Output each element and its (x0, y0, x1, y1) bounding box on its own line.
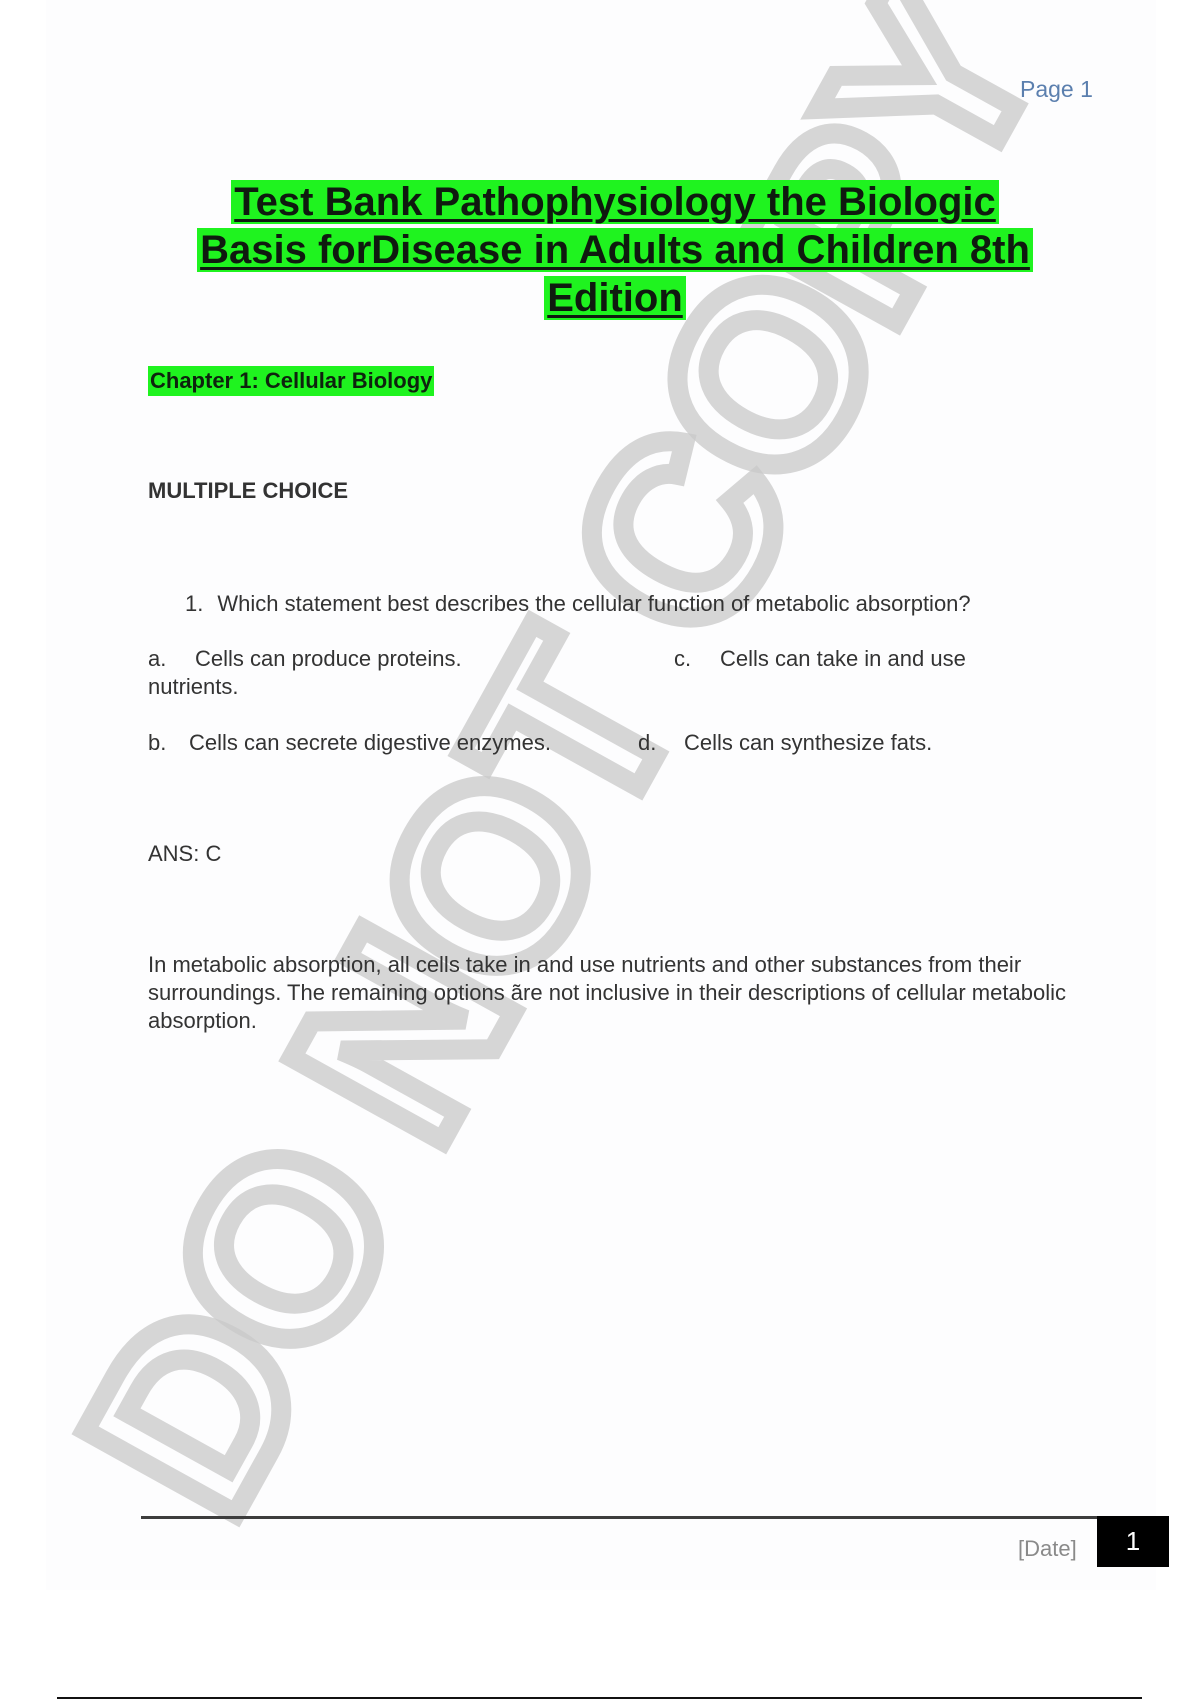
option-text: Cells can produce proteins. (195, 646, 462, 671)
bottom-divider (57, 1697, 1142, 1699)
section-heading: MULTIPLE CHOICE (148, 478, 348, 504)
option-text: Cells can synthesize fats. (684, 730, 932, 755)
option-c: c.Cells can take in and use (674, 645, 966, 673)
option-text: Cells can secrete digestive enzymes. (189, 730, 551, 755)
option-text: Cells can take in and use (720, 646, 966, 671)
question-number: 1. (185, 591, 203, 616)
chapter-heading: Chapter 1: Cellular Biology (148, 366, 434, 396)
title-line-3: Edition (544, 276, 686, 320)
footer-page-number: 1 (1097, 1516, 1169, 1567)
title-line-1: Test Bank Pathophysiology the Biologic (231, 180, 999, 224)
option-b: b.Cells can secrete digestive enzymes. (148, 729, 551, 757)
option-letter: a. (148, 645, 195, 673)
footer-date: [Date] (1018, 1536, 1077, 1562)
answer-key: ANS: C (148, 841, 221, 867)
question-stem: 1.Which statement best describes the cel… (185, 591, 971, 617)
option-c-continuation: nutrients. (148, 673, 239, 701)
question-text: Which statement best describes the cellu… (217, 591, 970, 616)
footer-divider (141, 1516, 1141, 1519)
option-letter: c. (674, 645, 720, 673)
document-title: Test Bank Pathophysiology the Biologic B… (150, 178, 1080, 322)
title-line-2: Basis forDisease in Adults and Children … (197, 228, 1033, 272)
option-d: d.Cells can synthesize fats. (638, 729, 932, 757)
option-letter: d. (638, 729, 684, 757)
option-letter: b. (148, 729, 189, 757)
option-a: a.Cells can produce proteins. (148, 645, 462, 673)
rationale-text: In metabolic absorption, all cells take … (148, 951, 1068, 1035)
header-page-label: Page 1 (1020, 76, 1093, 103)
